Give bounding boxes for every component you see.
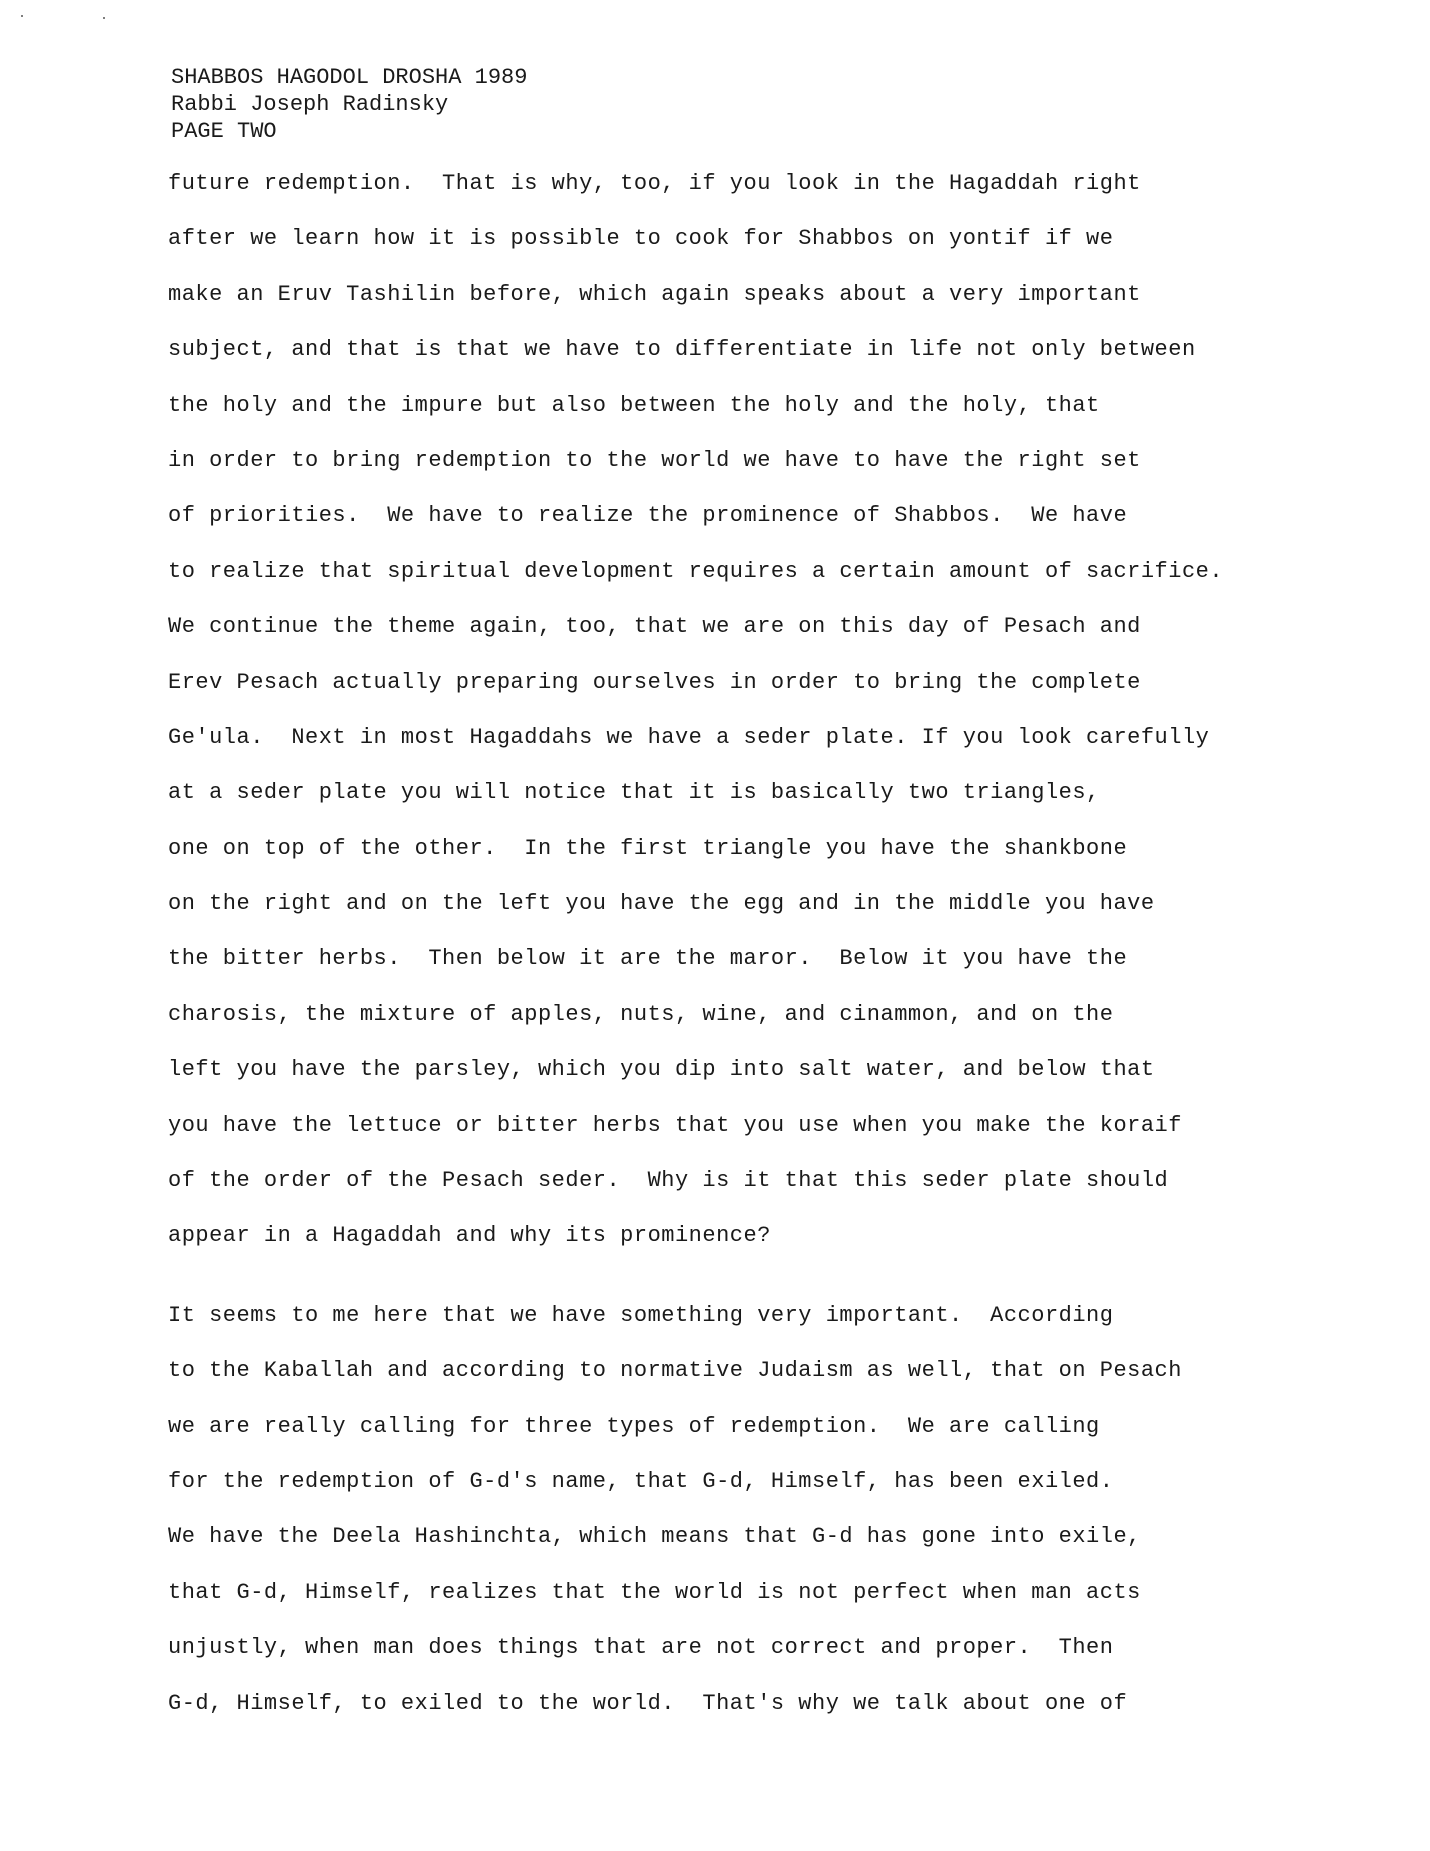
text-line: to realize that spiritual development re… xyxy=(168,556,1223,611)
text-line: for the redemption of G-d's name, that G… xyxy=(168,1466,1223,1521)
text-line: at a seder plate you will notice that it… xyxy=(168,777,1223,832)
paragraph: future redemption. That is why, too, if … xyxy=(168,168,1223,1276)
text-line: left you have the parsley, which you dip… xyxy=(168,1054,1223,1109)
text-line: appear in a Hagaddah and why its promine… xyxy=(168,1220,1223,1275)
text-line: G-d, Himself, to exiled to the world. Th… xyxy=(168,1688,1223,1743)
document-body: future redemption. That is why, too, if … xyxy=(168,168,1223,1743)
text-line: make an Eruv Tashilin before, which agai… xyxy=(168,279,1223,334)
text-line: one on top of the other. In the first tr… xyxy=(168,833,1223,888)
document-header: SHABBOS HAGODOL DROSHA 1989 Rabbi Joseph… xyxy=(171,64,527,145)
text-line: charosis, the mixture of apples, nuts, w… xyxy=(168,999,1223,1054)
text-line: after we learn how it is possible to coo… xyxy=(168,223,1223,278)
text-line: that G-d, Himself, realizes that the wor… xyxy=(168,1577,1223,1632)
text-line: We have the Deela Hashinchta, which mean… xyxy=(168,1521,1223,1576)
paragraph-gap xyxy=(168,1276,1223,1300)
text-line: in order to bring redemption to the worl… xyxy=(168,445,1223,500)
document-author: Rabbi Joseph Radinsky xyxy=(171,91,527,118)
text-line: the bitter herbs. Then below it are the … xyxy=(168,943,1223,998)
paragraph: It seems to me here that we have somethi… xyxy=(168,1300,1223,1743)
text-line: of the order of the Pesach seder. Why is… xyxy=(168,1165,1223,1220)
scan-speck xyxy=(21,15,23,17)
document-title: SHABBOS HAGODOL DROSHA 1989 xyxy=(171,64,527,91)
text-line: we are really calling for three types of… xyxy=(168,1411,1223,1466)
text-line: We continue the theme again, too, that w… xyxy=(168,611,1223,666)
text-line: future redemption. That is why, too, if … xyxy=(168,168,1223,223)
text-line: you have the lettuce or bitter herbs tha… xyxy=(168,1110,1223,1165)
text-line: Ge'ula. Next in most Hagaddahs we have a… xyxy=(168,722,1223,777)
text-line: It seems to me here that we have somethi… xyxy=(168,1300,1223,1355)
scan-speck xyxy=(103,17,105,19)
text-line: of priorities. We have to realize the pr… xyxy=(168,500,1223,555)
text-line: Erev Pesach actually preparing ourselves… xyxy=(168,667,1223,722)
text-line: to the Kaballah and according to normati… xyxy=(168,1355,1223,1410)
text-line: the holy and the impure but also between… xyxy=(168,390,1223,445)
text-line: subject, and that is that we have to dif… xyxy=(168,334,1223,389)
text-line: on the right and on the left you have th… xyxy=(168,888,1223,943)
text-line: unjustly, when man does things that are … xyxy=(168,1632,1223,1687)
page-label: PAGE TWO xyxy=(171,118,527,145)
